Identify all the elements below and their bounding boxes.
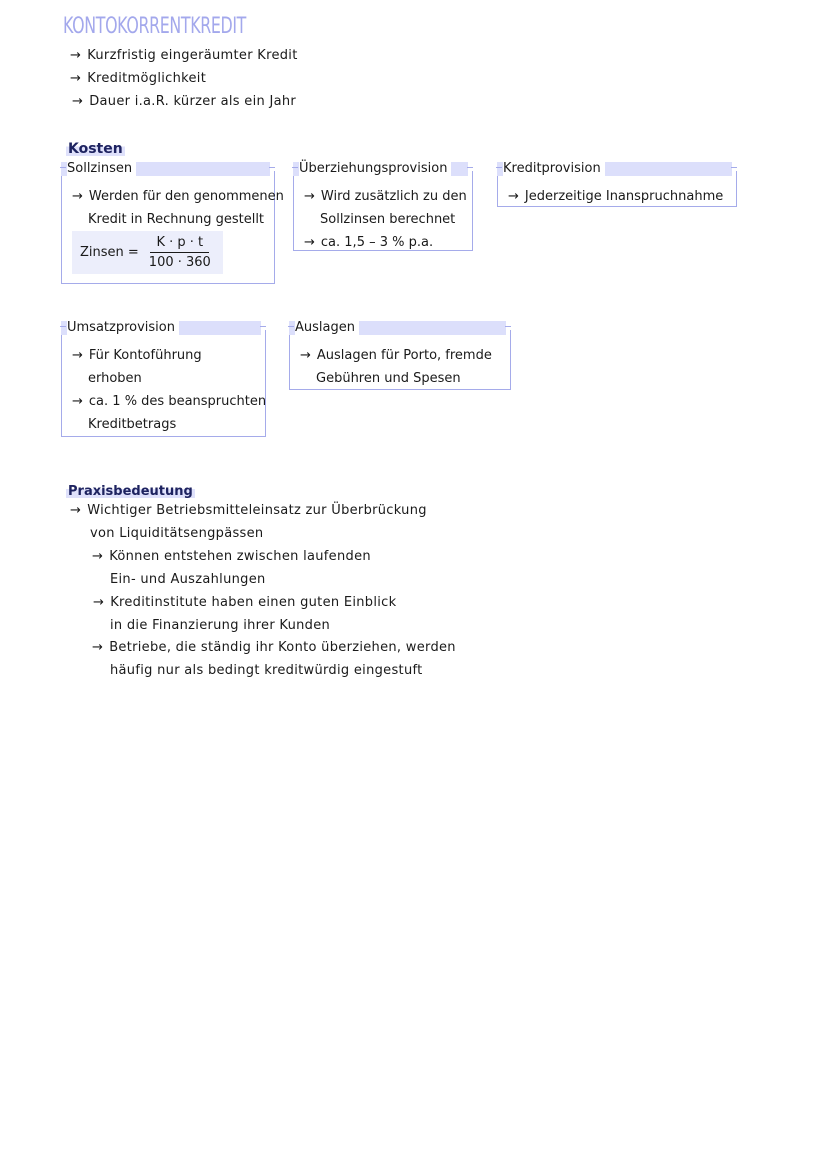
ueberziehung-line: →ca. 1,5 – 3 % p.a. (304, 231, 467, 254)
intro-item: →Dauer i.a.R. kürzer als ein Jahr (72, 94, 296, 109)
practice-item: von Liquiditätsengpässen (90, 526, 263, 541)
ueberziehungsprovision-label: Überziehungsprovision (293, 162, 468, 176)
practice-subitem: häufig nur als bedingt kreditwürdig eing… (110, 663, 423, 678)
arrow-icon: → (72, 185, 83, 208)
arrow-icon: → (92, 549, 103, 564)
arrow-icon: → (72, 94, 83, 109)
umsatzprovision-line: →ca. 1 % des beanspruchten (72, 390, 266, 413)
arrow-icon: → (304, 185, 315, 208)
practice-subitem: →Kreditinstitute haben einen guten Einbl… (93, 595, 396, 610)
practice-subitem: →Betriebe, die ständig ihr Konto überzie… (92, 640, 456, 655)
arrow-icon: → (93, 595, 104, 610)
arrow-icon: → (72, 344, 83, 367)
practice-subitem: Ein- und Auszahlungen (110, 572, 266, 587)
sollzinsen-box: Sollzinsen →Werden für den genommenen Kr… (61, 171, 275, 284)
arrow-icon: → (300, 344, 311, 367)
intro-item: →Kreditmöglichkeit (70, 71, 206, 86)
arrow-icon: → (508, 185, 519, 208)
page-title: KONTOKORRENTKREDIT (63, 14, 246, 39)
practice-subitem: in die Finanzierung ihrer Kunden (110, 618, 330, 633)
auslagen-line: Gebühren und Spesen (300, 367, 492, 390)
umsatzprovision-line: erhoben (72, 367, 266, 390)
arrow-icon: → (72, 390, 83, 413)
formula-fraction: K · p · t 100 · 360 (145, 235, 215, 270)
ueberziehung-line: →Wird zusätzlich zu den (304, 185, 467, 208)
kreditprovision-line: →Jederzeitige Inanspruchnahme (508, 185, 723, 208)
intro-item: →Kurzfristig eingeräumter Kredit (70, 48, 298, 63)
auslagen-label: Auslagen (289, 321, 506, 335)
practice-item: →Wichtiger Betriebsmitteleinsatz zur Übe… (70, 503, 427, 518)
kreditprovision-label: Kreditprovision (497, 162, 732, 176)
ueberziehung-line: Sollzinsen berechnet (304, 208, 467, 231)
umsatzprovision-line: Kreditbetrags (72, 413, 266, 436)
sollzinsen-line: Kredit in Rechnung gestellt (72, 208, 284, 231)
arrow-icon: → (70, 48, 81, 63)
arrow-icon: → (70, 503, 81, 518)
costs-heading: Kosten (66, 141, 125, 157)
auslagen-box: Auslagen →Auslagen für Porto, fremde Geb… (289, 330, 511, 390)
arrow-icon: → (304, 231, 315, 254)
umsatzprovision-box: Umsatzprovision →Für Kontoführung erhobe… (61, 330, 266, 437)
formula-lhs: Zinsen = (80, 245, 139, 260)
sollzinsen-line: →Werden für den genommenen (72, 185, 284, 208)
ueberziehungsprovision-box: Überziehungsprovision →Wird zusätzlich z… (293, 171, 473, 251)
umsatzprovision-line: →Für Kontoführung (72, 344, 266, 367)
auslagen-line: →Auslagen für Porto, fremde (300, 344, 492, 367)
umsatzprovision-label: Umsatzprovision (61, 321, 261, 335)
sollzinsen-label: Sollzinsen (61, 162, 270, 176)
arrow-icon: → (92, 640, 103, 655)
arrow-icon: → (70, 71, 81, 86)
practice-subitem: →Können entstehen zwischen laufenden (92, 549, 371, 564)
practice-heading: Praxisbedeutung (66, 484, 195, 499)
kreditprovision-box: Kreditprovision →Jederzeitige Inanspruch… (497, 171, 737, 207)
interest-formula: Zinsen = K · p · t 100 · 360 (72, 231, 223, 274)
